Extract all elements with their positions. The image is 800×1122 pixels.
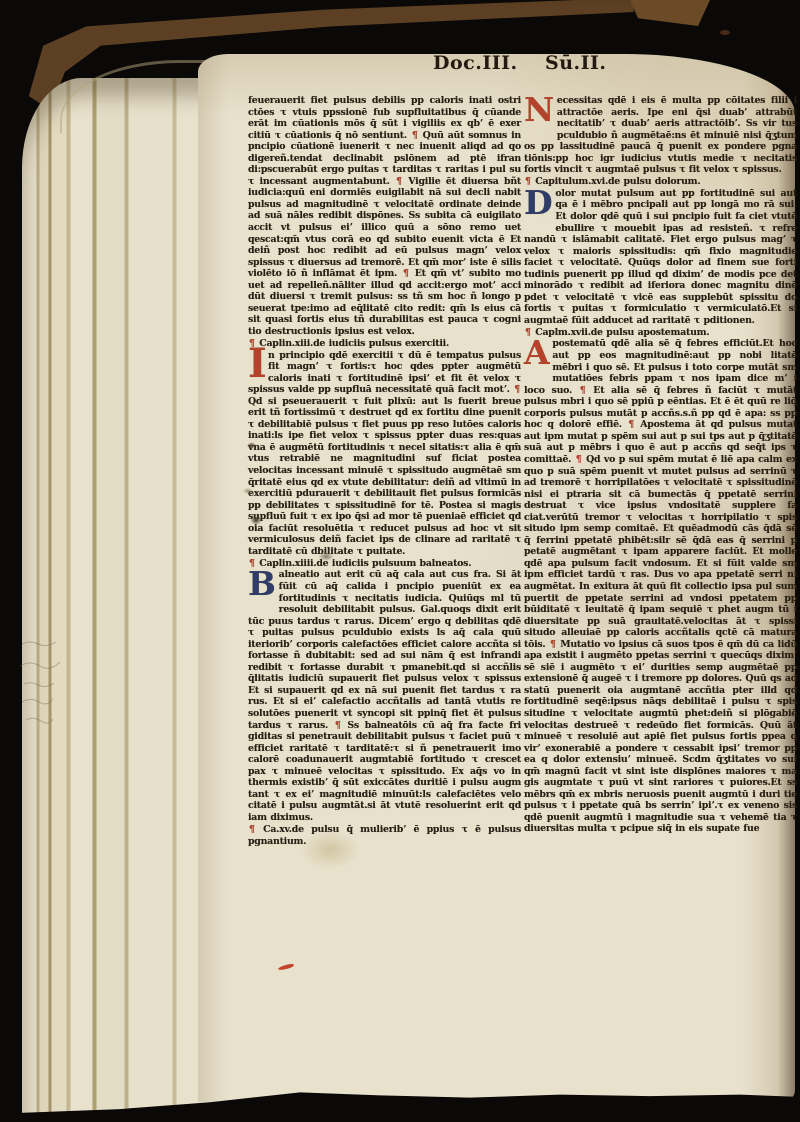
ink-stain — [247, 442, 256, 449]
text-column-right: Necessitas qdē i eis ē multa pp cōitates… — [524, 95, 797, 835]
ink-stain — [250, 515, 262, 525]
illuminated-initial: D — [524, 188, 555, 224]
book-page-photo: Doc.III. Sū.II. feuerauerit fiet pulsus … — [0, 0, 800, 1122]
rubric-pilcrow-icon: ¶ — [513, 384, 521, 395]
chapter-heading: ¶ Ca.xv.de pulsu q̄ mulieribʼ ē ppius τ … — [248, 824, 521, 847]
chapter-heading: ¶ Caplin.xiii.de iudiciis pulsus exercit… — [248, 338, 521, 350]
rubric-pilcrow-icon: ¶ — [395, 176, 403, 187]
leather-binding-corner — [630, 0, 710, 26]
text-column-left: feuerauerit fiet pulsus debilis pp calor… — [248, 95, 521, 847]
rubric-pilcrow-icon: ¶ — [248, 338, 256, 349]
chapter-heading: ¶ Capitulum.xvi.de pulsu dolorum. — [524, 176, 797, 188]
illuminated-initial: N — [524, 95, 557, 131]
text-paragraph: In principio qdē exercitii τ dū ē tempat… — [248, 350, 521, 558]
binding-detail — [720, 30, 730, 35]
parchment-stain — [300, 830, 360, 870]
text-paragraph: Balneatio aut erit cū aq̄ cala aut cus f… — [248, 569, 521, 823]
rubric-pilcrow-icon: ¶ — [627, 419, 635, 430]
text-paragraph: Necessitas qdē i eis ē multa pp cōitates… — [524, 95, 797, 176]
running-head-summa: Sū.II. — [545, 52, 607, 74]
rubric-pilcrow-icon: ¶ — [334, 720, 342, 731]
illuminated-initial: A — [524, 338, 552, 374]
illuminated-initial: I — [248, 350, 268, 377]
rubric-pilcrow-icon: ¶ — [524, 327, 532, 338]
text-paragraph: feuerauerit fiet pulsus debilis pp calor… — [248, 95, 521, 337]
text-paragraph: Dolor mutat pulsum aut pp fortitudinē su… — [524, 188, 797, 327]
smudge-stain — [318, 552, 334, 561]
text-paragraph: Apostematū qdē alia sē q̄ febres efficiū… — [524, 338, 797, 835]
rubric-pilcrow-icon: ¶ — [402, 268, 410, 279]
marginalia-handwriting — [16, 636, 68, 736]
illuminated-initial: B — [248, 569, 279, 605]
chapter-heading: ¶ Caplm.xvii.de pulsu apostematum. — [524, 327, 797, 339]
rubric-pilcrow-icon: ¶ — [411, 130, 419, 141]
rubric-pilcrow-icon: ¶ — [248, 558, 256, 569]
rubric-pilcrow-icon: ¶ — [575, 454, 583, 465]
rubric-pilcrow-icon: ¶ — [248, 824, 256, 835]
rubric-pilcrow-icon: ¶ — [524, 176, 532, 187]
rubric-pilcrow-icon: ¶ — [579, 385, 587, 396]
chapter-heading: ¶ Caplin.xiiii.de iudiciis pulsuum balne… — [248, 558, 521, 570]
pencil-mark — [243, 488, 253, 494]
running-head-doc: Doc.III. — [433, 52, 518, 74]
rubric-pilcrow-icon: ¶ — [549, 639, 557, 650]
